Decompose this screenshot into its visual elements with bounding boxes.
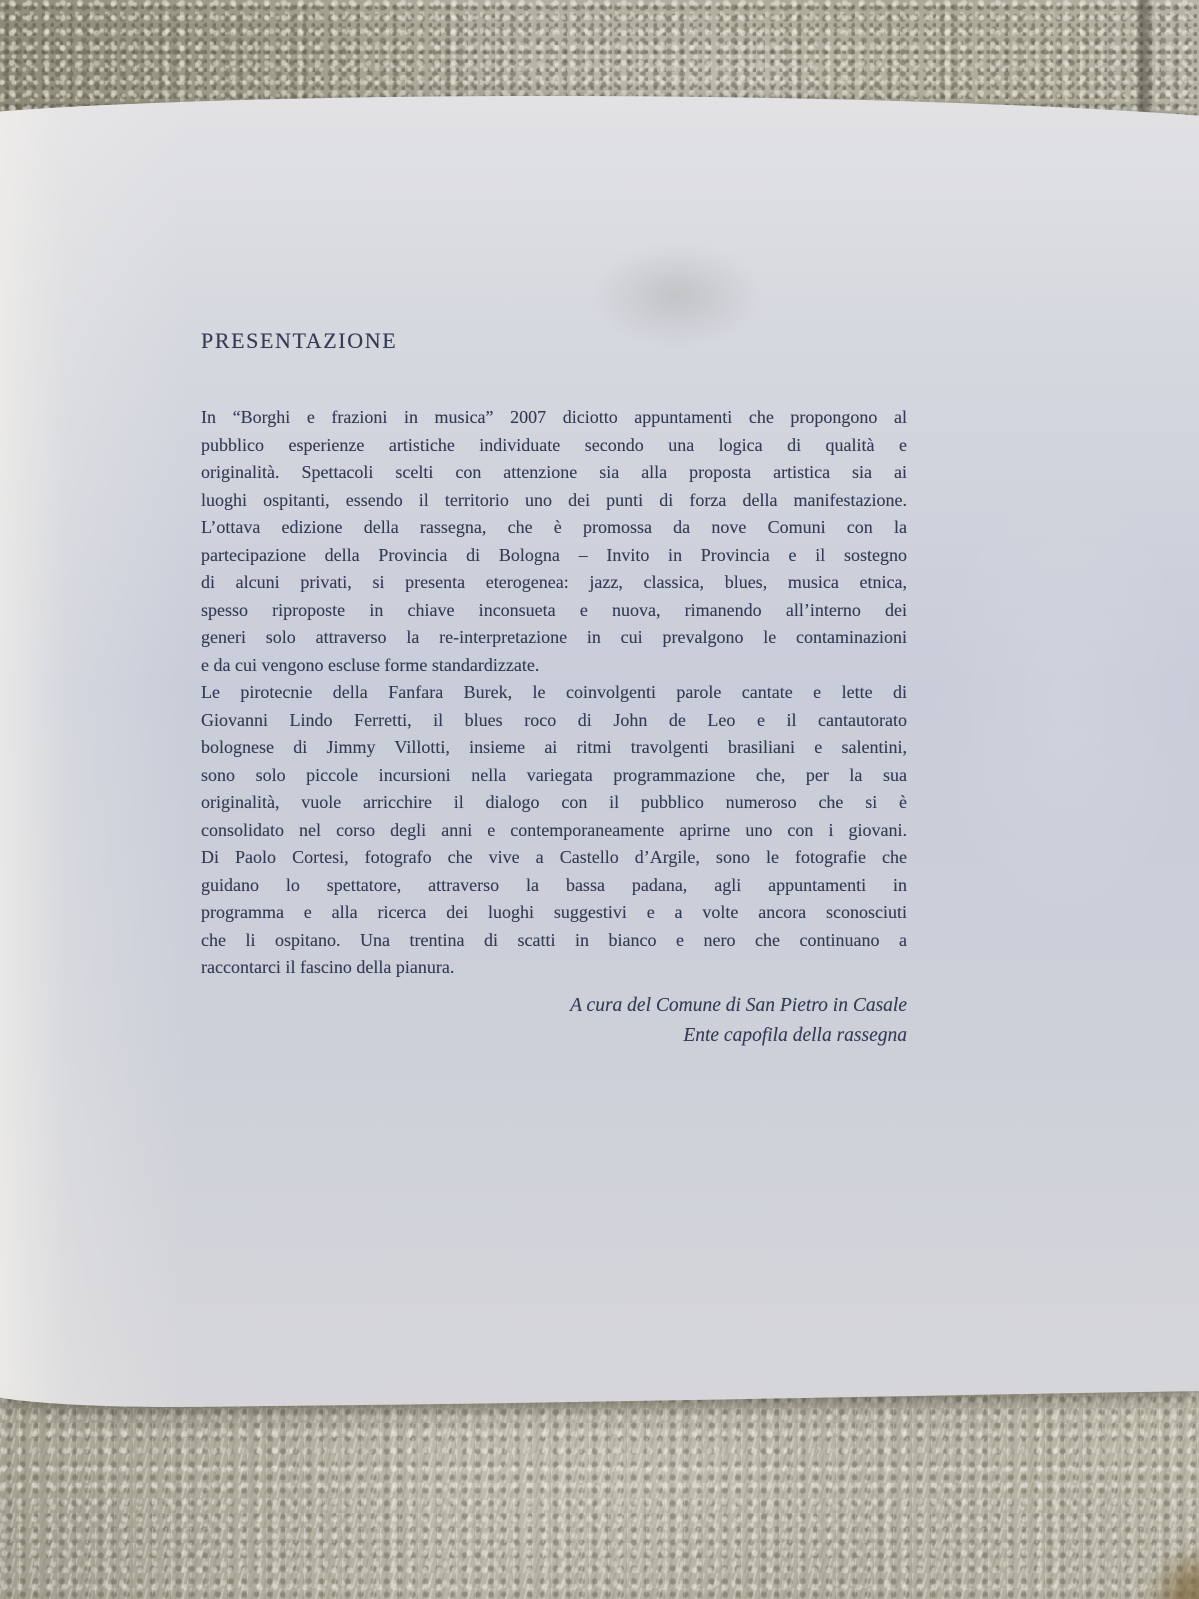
body-line: pubblico esperienze artistiche individua…	[201, 432, 907, 460]
body-line: Giovanni Lindo Ferretti, il blues roco d…	[201, 707, 907, 735]
body-line: luoghi ospitanti, essendo il territorio …	[201, 487, 907, 515]
photo-of-book-page: PRESENTAZIONE In “Borghi e frazioni in m…	[0, 0, 1199, 1599]
body-line: originalità, vuole arricchire il dialogo…	[201, 789, 907, 817]
body-line: e da cui vengono escluse forme standardi…	[201, 652, 907, 680]
body-line: di alcuni privati, si presenta eterogene…	[201, 569, 907, 597]
body-line: Le pirotecnie della Fanfara Burek, le co…	[201, 679, 907, 707]
body-line: originalità. Spettacoli scelti con atten…	[201, 459, 907, 487]
body-line: raccontarci il fascino della pianura.	[201, 954, 907, 982]
body-line: Di Paolo Cortesi, fotografo che vive a C…	[201, 844, 907, 872]
body-line: generi solo attraverso la re-interpretaz…	[201, 624, 907, 652]
body-line: spesso riproposte in chiave inconsueta e…	[201, 597, 907, 625]
presentation-text: In “Borghi e frazioni in musica” 2007 di…	[201, 404, 907, 982]
body-line: partecipazione della Provincia di Bologn…	[201, 542, 907, 570]
paper-sheen	[930, 470, 1199, 930]
page-title: PRESENTAZIONE	[201, 328, 907, 354]
body-line: che li ospitano. Una trentina di scatti …	[201, 927, 907, 955]
body-line: sono solo piccole incursioni nella varie…	[201, 762, 907, 790]
closing-line: A cura del Comune di San Pietro in Casal…	[201, 991, 907, 1021]
page-content: PRESENTAZIONE In “Borghi e frazioni in m…	[201, 328, 907, 1051]
body-line: bolognese di Jimmy Villotti, insieme ai …	[201, 734, 907, 762]
body-line: consolidato nel corso degli anni e conte…	[201, 817, 907, 845]
body-line: In “Borghi e frazioni in musica” 2007 di…	[201, 404, 907, 432]
body-line: programma e alla ricerca dei luoghi sugg…	[201, 899, 907, 927]
closing-attribution: A cura del Comune di San Pietro in Casal…	[201, 991, 907, 1051]
closing-line: Ente capofila della rassegna	[201, 1021, 907, 1051]
body-line: guidano lo spettatore, attraverso la bas…	[201, 872, 907, 900]
body-line: L’ottava edizione della rassegna, che è …	[201, 514, 907, 542]
